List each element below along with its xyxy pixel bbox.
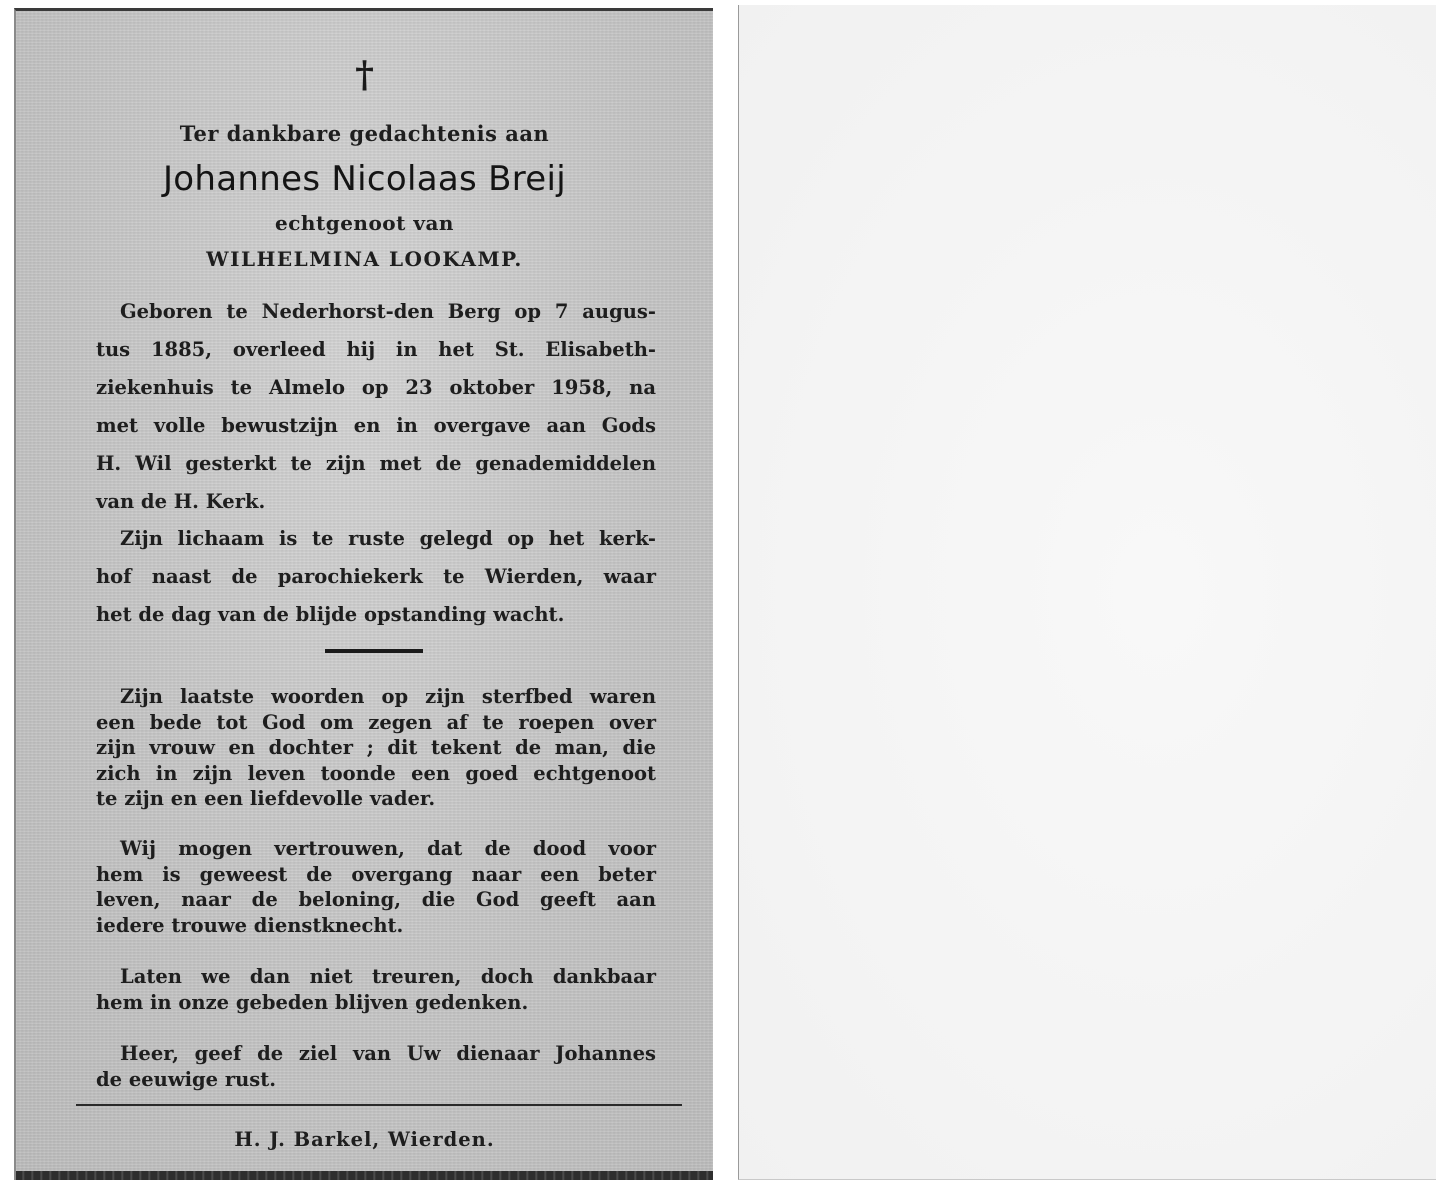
- deceased-name: Johannes Nicolaas Breij: [16, 159, 713, 199]
- text-line: zich in zijn leven toonde een goed echtg…: [96, 761, 656, 787]
- text-line: een bede tot God om zegen af te roepen o…: [96, 710, 656, 736]
- text-line: ziekenhuis te Almelo op 23 oktober 1958,…: [96, 369, 656, 407]
- text-line: met volle bewustzijn en in overgave aan …: [96, 407, 656, 445]
- text-line: Laten we dan niet treuren, doch dankbaar: [96, 964, 656, 990]
- text-line: te zijn en een liefdevolle vader.: [96, 786, 656, 812]
- text-line: Geboren te Nederhorst-den Berg op 7 augu…: [96, 293, 656, 331]
- text-line: de eeuwige rust.: [96, 1067, 656, 1093]
- paragraph-prayer: Heer, geef de ziel van Uw dienaar Johann…: [96, 1041, 656, 1092]
- printer-credit: H. J. Barkel, Wierden.: [16, 1128, 713, 1151]
- text-line: Zijn lichaam is te ruste gelegd op het k…: [96, 520, 656, 558]
- text-line: tus 1885, overleed hij in het St. Elisab…: [96, 331, 656, 369]
- paragraph-trust: Wij mogen vertrouwen, dat de dood voor h…: [96, 836, 656, 938]
- text-line: hem in onze gebeden blijven gedenken.: [96, 990, 656, 1016]
- paragraph-remembrance: Laten we dan niet treuren, doch dankbaar…: [96, 964, 656, 1015]
- paragraph-last-words: Zijn laatste woorden op zijn sterfbed wa…: [96, 684, 656, 812]
- footer-divider: [76, 1104, 682, 1106]
- scan-bottom-edge: [16, 1171, 713, 1180]
- text-line: hof naast de parochiekerk te Wierden, wa…: [96, 558, 656, 596]
- text-line: iedere trouwe dienstknecht.: [96, 913, 656, 939]
- text-line: leven, naar de beloning, die God geeft a…: [96, 887, 656, 913]
- section-divider: [325, 649, 423, 653]
- text-line: van de H. Kerk.: [96, 483, 656, 521]
- text-line: Heer, geef de ziel van Uw dienaar Johann…: [96, 1041, 656, 1067]
- paragraph-burial: Zijn lichaam is te ruste gelegd op het k…: [96, 520, 656, 634]
- cross-icon: †: [16, 57, 713, 93]
- text-line: H. Wil gesterkt te zijn met de genademid…: [96, 445, 656, 483]
- memorial-card-back-blank: [738, 5, 1436, 1180]
- memorial-card-front: † Ter dankbare gedachtenis aan Johannes …: [14, 8, 713, 1180]
- text-line: Zijn laatste woorden op zijn sterfbed wa…: [96, 684, 656, 710]
- text-line: zijn vrouw en dochter ; dit tekent de ma…: [96, 735, 656, 761]
- text-line: hem is geweest de overgang naar een bete…: [96, 862, 656, 888]
- dedication-line: Ter dankbare gedachtenis aan: [16, 121, 713, 146]
- paragraph-birth-death: Geboren te Nederhorst-den Berg op 7 augu…: [96, 293, 656, 521]
- relation-line: echtgenoot van: [16, 211, 713, 235]
- text-line: het de dag van de blijde opstanding wach…: [96, 596, 656, 634]
- text-line: Wij mogen vertrouwen, dat de dood voor: [96, 836, 656, 862]
- spouse-name: WILHELMINA LOOKAMP.: [16, 247, 713, 271]
